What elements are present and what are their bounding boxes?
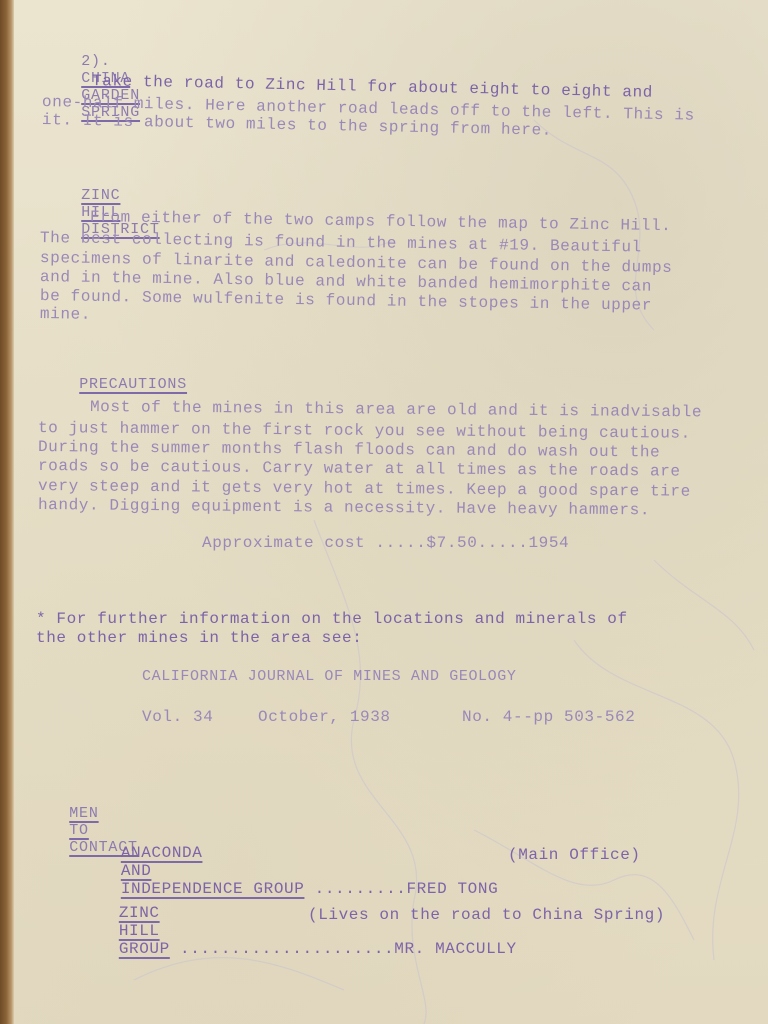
- journal-date: October, 1938: [258, 708, 391, 726]
- contact-group-word: ANACONDA: [121, 844, 203, 862]
- contact-row-zinc-hill: ZINC HILL GROUP .....................MR.…: [78, 886, 517, 976]
- contact-group-word: ZINC: [119, 904, 160, 922]
- journal-title: CALIFORNIA JOURNAL OF MINES AND GEOLOGY: [142, 668, 516, 686]
- section-number: 2).: [81, 53, 110, 70]
- journal-issue-pages: No. 4--pp 503-562: [462, 708, 635, 726]
- body-line: * For further information on the locatio…: [36, 610, 628, 628]
- approximate-cost-line: Approximate cost .....$7.50.....1954: [202, 534, 569, 552]
- body-line: Most of the mines in this area are old a…: [90, 398, 702, 421]
- typewritten-page: 2). CHINA GARDEN SPRING Take the road to…: [14, 0, 768, 1024]
- heading-word: MEN: [69, 805, 98, 822]
- journal-volume: Vol. 34: [142, 708, 213, 726]
- contact-person: .....................MR. MACCULLY: [170, 940, 517, 958]
- contact-group-word: AND: [121, 862, 152, 880]
- heading-word: ZINC: [81, 187, 120, 204]
- contact-group-word: GROUP: [119, 940, 170, 958]
- contact-note: (Main Office): [508, 846, 641, 864]
- contact-group-word: HILL: [119, 922, 160, 940]
- contact-note: (Lives on the road to China Spring): [308, 906, 665, 924]
- book-binding: [0, 0, 14, 1024]
- body-line: mine.: [40, 305, 91, 324]
- heading-word: PRECAUTIONS: [79, 376, 187, 393]
- body-line: the other mines in the area see:: [36, 629, 362, 647]
